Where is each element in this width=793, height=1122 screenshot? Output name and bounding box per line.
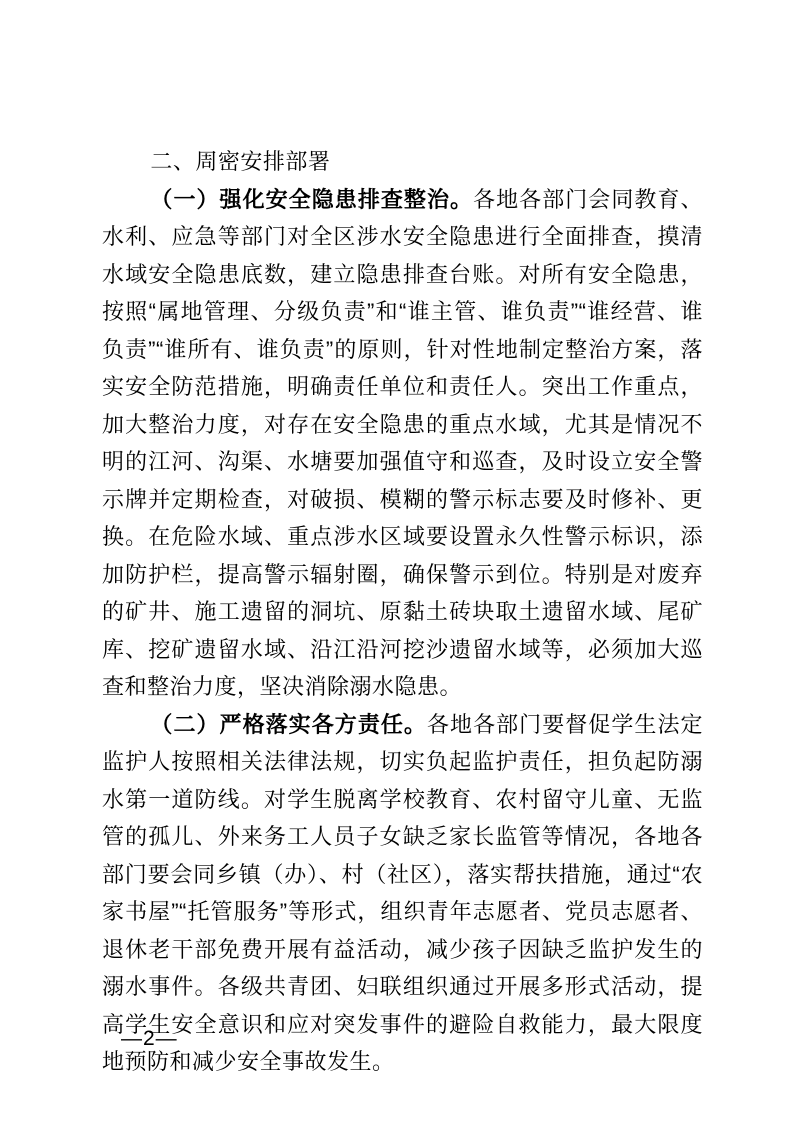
section-heading: 二、周密安排部署 (102, 143, 703, 181)
document-page: 二、周密安排部署 （一）强化安全隐患排查整治。各地各部门会同教育、水利、应急等部… (0, 0, 793, 1122)
paragraph-1-body: 各地各部门会同教育、水利、应急等部门对全区涉水安全隐患进行全面排查，摸清水域安全… (102, 187, 703, 700)
page-number: —2— (121, 1026, 178, 1052)
paragraph-2-body: 各地各部门要督促学生法定监护人按照相关法律法规，切实负起监护责任，担负起防溺水第… (102, 712, 703, 1075)
paragraph-1: （一）强化安全隐患排查整治。各地各部门会同教育、水利、应急等部门对全区涉水安全隐… (102, 181, 703, 706)
document-body: 二、周密安排部署 （一）强化安全隐患排查整治。各地各部门会同教育、水利、应急等部… (102, 143, 703, 1081)
paragraph-2-lead: （二）严格落实各方责任。 (150, 712, 427, 737)
paragraph-2: （二）严格落实各方责任。各地各部门要督促学生法定监护人按照相关法律法规，切实负起… (102, 706, 703, 1081)
paragraph-1-lead: （一）强化安全隐患排查整治。 (150, 187, 473, 212)
